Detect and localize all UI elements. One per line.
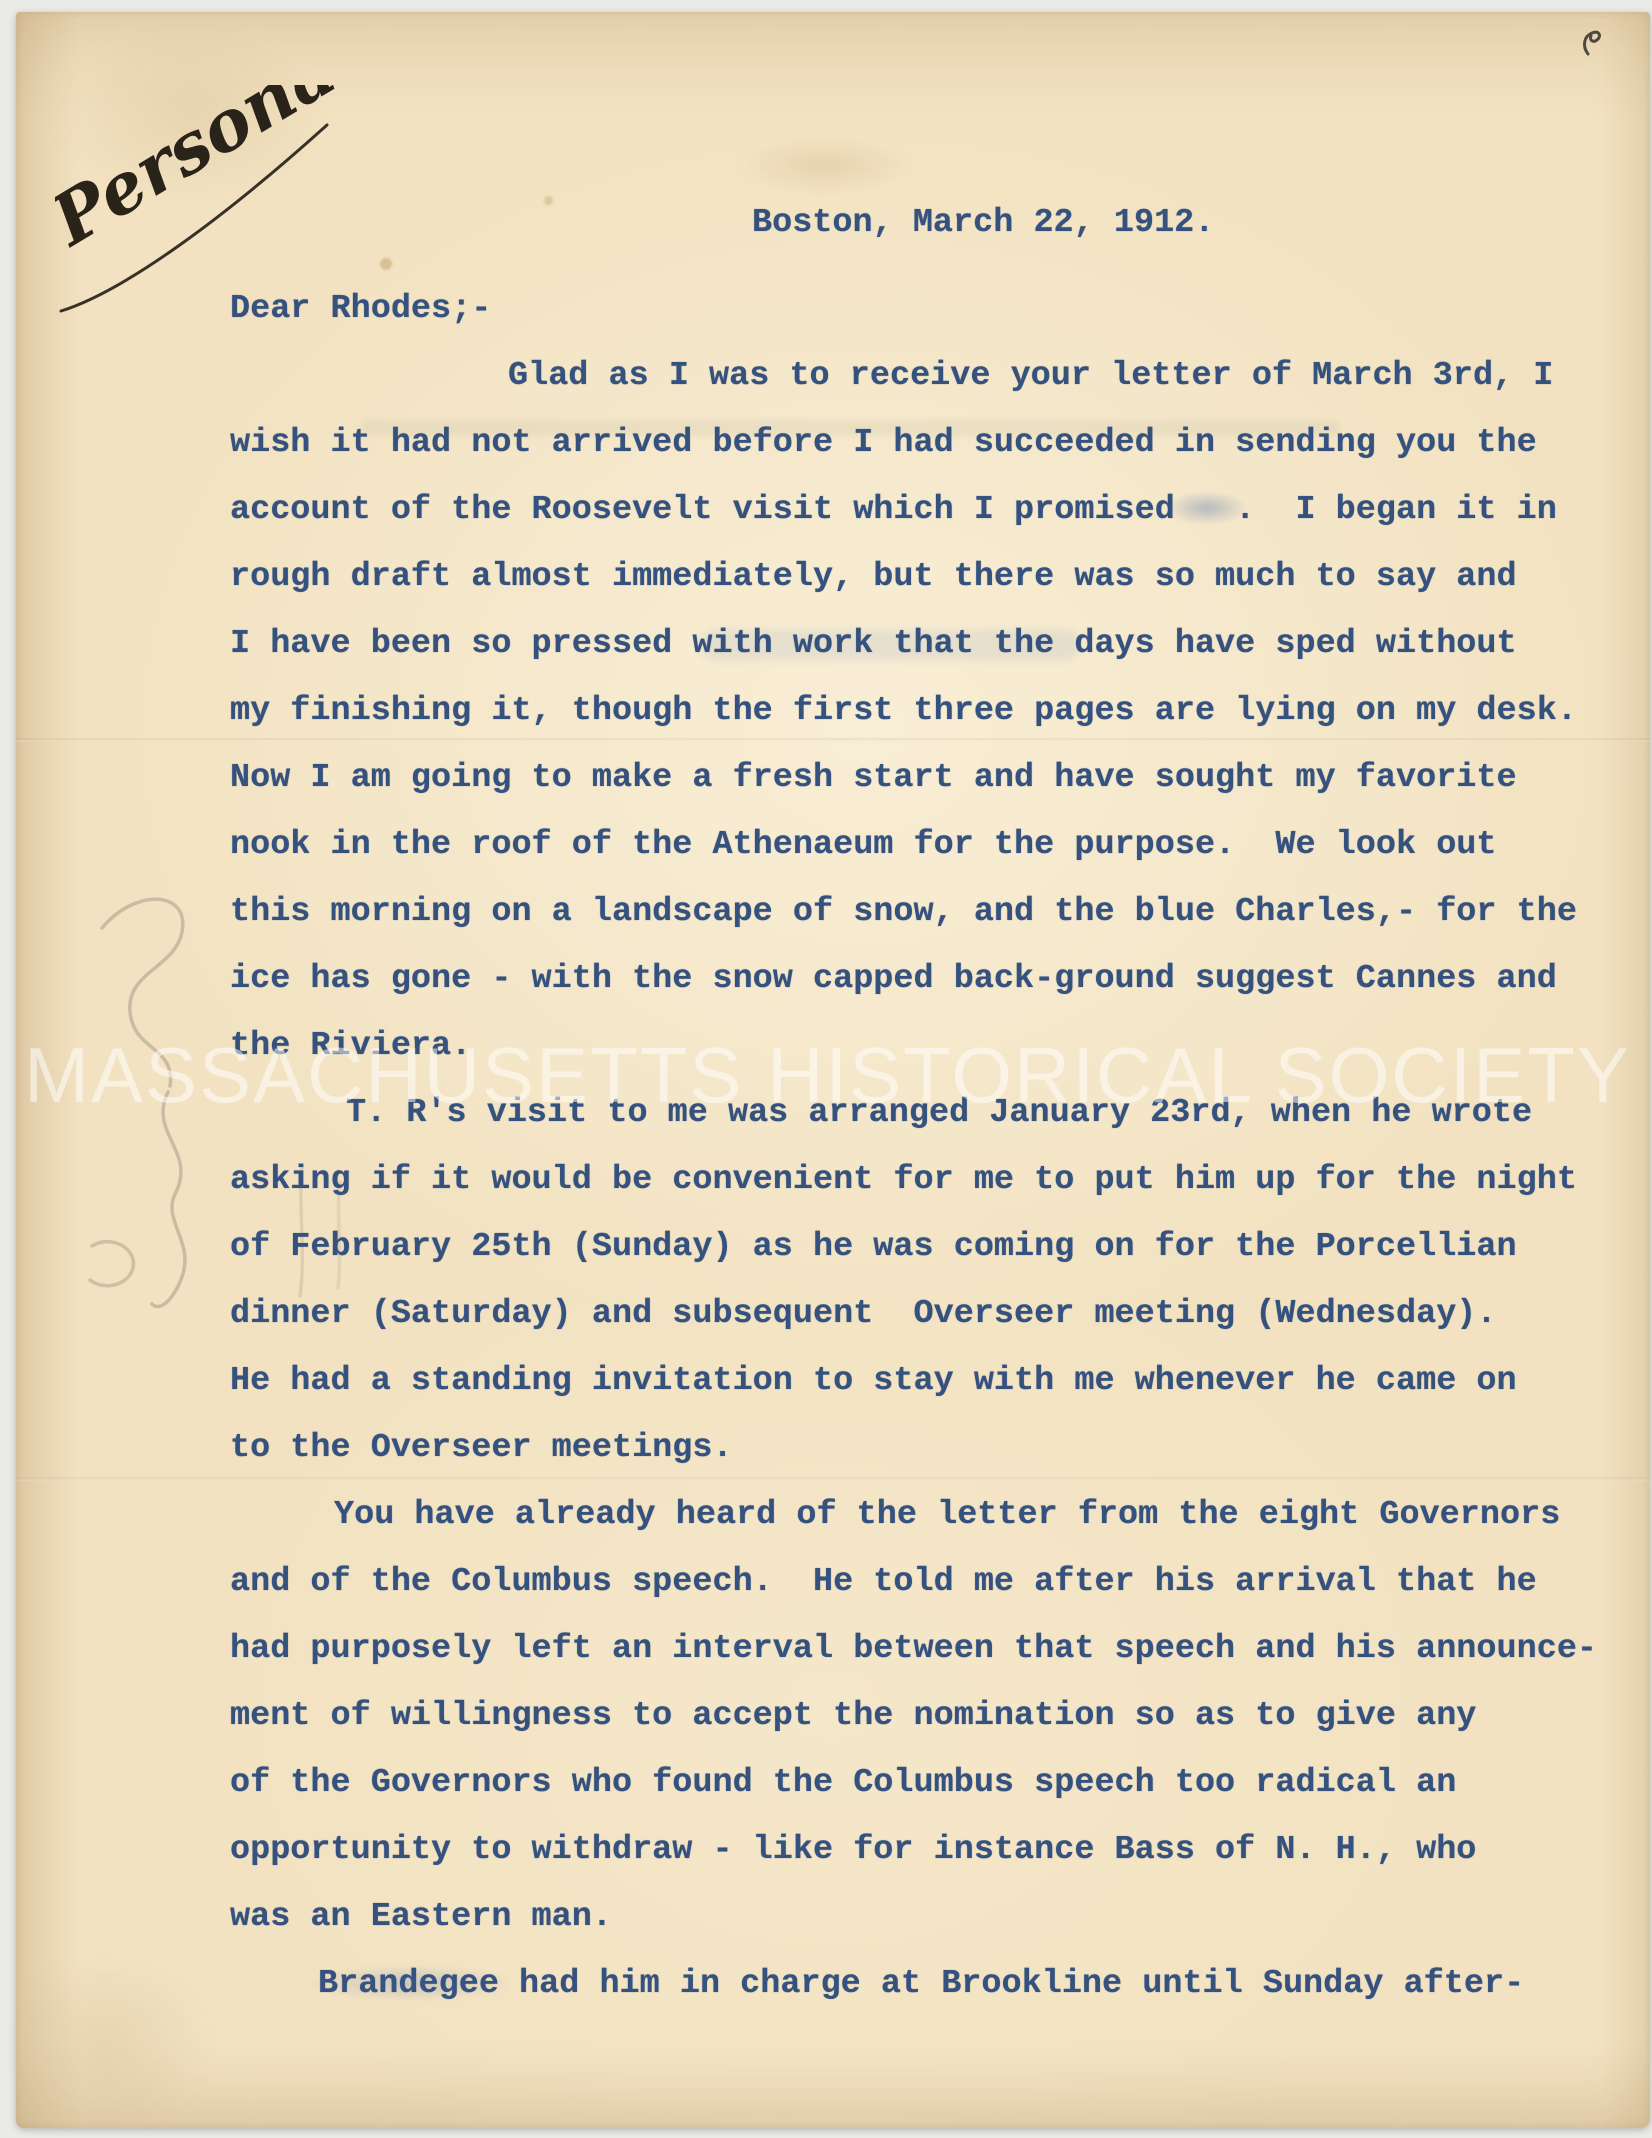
corner-ink-mark bbox=[1576, 26, 1606, 60]
scanned-letter-page: Boston, March 22, 1912. Dear Rhodes;- Gl… bbox=[0, 0, 1652, 2138]
letter-line: opportunity to withdraw - like for insta… bbox=[230, 1830, 1476, 1870]
letter-line: and of the Columbus speech. He told me a… bbox=[230, 1562, 1537, 1602]
letter-line: He had a standing invitation to stay wit… bbox=[230, 1361, 1517, 1401]
letter-line: rough draft almost immediately, but ther… bbox=[230, 557, 1517, 597]
handwritten-personal-annotation: Personal bbox=[55, 85, 385, 320]
letter-line: wish it had not arrived before I had suc… bbox=[230, 423, 1537, 463]
letter-line: had purposely left an interval between t… bbox=[230, 1629, 1597, 1669]
letter-line: T. R's visit to me was arranged January … bbox=[346, 1093, 1532, 1133]
letter-line: You have already heard of the letter fro… bbox=[334, 1495, 1560, 1535]
date-line: Boston, March 22, 1912. bbox=[752, 203, 1214, 243]
letter-line: I have been so pressed with work that th… bbox=[230, 624, 1517, 664]
letter-line: Now I am going to make a fresh start and… bbox=[230, 758, 1517, 798]
letter-line: asking if it would be convenient for me … bbox=[230, 1160, 1577, 1200]
letter-line: was an Eastern man. bbox=[230, 1897, 612, 1937]
personal-label: Personal bbox=[55, 85, 372, 263]
letter-line: Brandegee had him in charge at Brookline… bbox=[318, 1964, 1524, 2004]
letter-line: ment of willingness to accept the nomina… bbox=[230, 1696, 1476, 1736]
letter-line: the Riviera. bbox=[230, 1026, 471, 1066]
letter-line: of the Governors who found the Columbus … bbox=[230, 1763, 1456, 1803]
letter-line: my finishing it, though the first three … bbox=[230, 691, 1577, 731]
letter-line: of February 25th (Sunday) as he was comi… bbox=[230, 1227, 1517, 1267]
letter-line: account of the Roosevelt visit which I p… bbox=[230, 490, 1557, 530]
letter-line: Glad as I was to receive your letter of … bbox=[508, 356, 1553, 396]
letter-line: to the Overseer meetings. bbox=[230, 1428, 733, 1468]
letter-line: this morning on a landscape of snow, and… bbox=[230, 892, 1577, 932]
letter-line: dinner (Saturday) and subsequent Oversee… bbox=[230, 1294, 1497, 1334]
letter-line: ice has gone - with the snow capped back… bbox=[230, 959, 1557, 999]
letter-line: nook in the roof of the Athenaeum for th… bbox=[230, 825, 1497, 865]
